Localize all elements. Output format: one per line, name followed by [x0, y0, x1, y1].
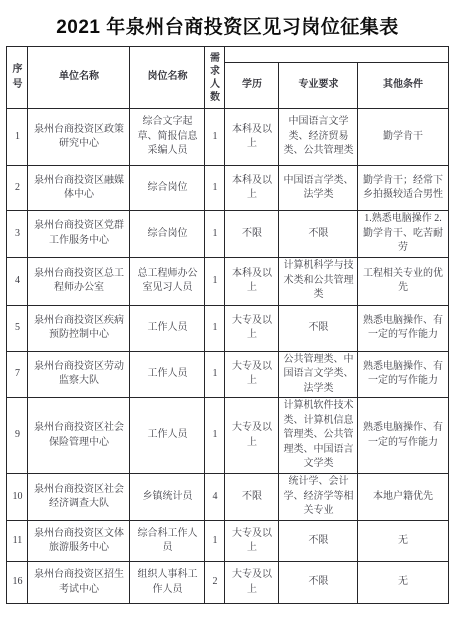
table-row: 11 泉州台商投资区文体旅游服务中心 综合科工作人员 1 大专及以上 不限 无 [7, 521, 448, 562]
cell-serial: 7 [7, 351, 28, 398]
cell-serial: 16 [7, 562, 28, 604]
cell-other: 熟悉电脑操作、有一定的写作能力 [358, 398, 448, 474]
cell-major: 计算机科学与技术类和公共管理类 [279, 257, 358, 305]
cell-education: 不限 [225, 211, 279, 258]
cell-serial: 5 [7, 305, 28, 351]
cell-unit: 泉州台商投资区社会经济调查大队 [28, 474, 130, 521]
cell-major: 中国语言文学类、经济贸易类、公共管理类 [279, 109, 358, 166]
cell-headcount: 1 [205, 351, 225, 398]
cell-education: 不限 [225, 474, 279, 521]
cell-position: 乡镇统计员 [130, 474, 205, 521]
header-position-name: 岗位名称 [130, 47, 205, 109]
cell-position: 综合文字起草、简报信息采编人员 [130, 109, 205, 166]
cell-position: 工作人员 [130, 398, 205, 474]
header-major-requirement: 专业要求 [279, 63, 358, 109]
header-unit-name: 单位名称 [28, 47, 130, 109]
cell-position: 工作人员 [130, 351, 205, 398]
cell-serial: 1 [7, 109, 28, 166]
cell-serial: 4 [7, 257, 28, 305]
cell-headcount: 1 [205, 398, 225, 474]
cell-education: 本科及以上 [225, 109, 279, 166]
cell-education: 大专及以上 [225, 521, 279, 562]
cell-major: 公共管理类、中国语言文学类、法学类 [279, 351, 358, 398]
page-title: 2021 年泉州台商投资区见习岗位征集表 [0, 12, 455, 39]
cell-headcount: 1 [205, 166, 225, 211]
cell-position: 综合科工作人员 [130, 521, 205, 562]
cell-position: 综合岗位 [130, 166, 205, 211]
cell-headcount: 4 [205, 474, 225, 521]
cell-serial: 9 [7, 398, 28, 474]
cell-other: 无 [358, 521, 448, 562]
table-row: 10 泉州台商投资区社会经济调查大队 乡镇统计员 4 不限 统计学、会计学、经济… [7, 474, 448, 521]
table-row: 16 泉州台商投资区招生考试中心 组织人事科工作人员 2 大专及以上 不限 无 [7, 562, 448, 604]
cell-education: 大专及以上 [225, 562, 279, 604]
cell-headcount: 1 [205, 305, 225, 351]
header-spacer-cell [225, 47, 448, 63]
document-page: 2021 年泉州台商投资区见习岗位征集表 序号 单位名称 岗位名称 需求人数 学… [0, 0, 455, 618]
cell-major: 中国语言学类、法学类 [279, 166, 358, 211]
cell-other: 勤学肯干 [358, 109, 448, 166]
cell-education: 大专及以上 [225, 351, 279, 398]
cell-serial: 11 [7, 521, 28, 562]
table-row: 4 泉州台商投资区总工程师办公室 总工程师办公室见习人员 1 本科及以上 计算机… [7, 257, 448, 305]
cell-other: 熟悉电脑操作、有一定的写作能力 [358, 305, 448, 351]
table-row: 5 泉州台商投资区疾病预防控制中心 工作人员 1 大专及以上 不限 熟悉电脑操作… [7, 305, 448, 351]
cell-headcount: 1 [205, 521, 225, 562]
cell-other: 工程相关专业的优先 [358, 257, 448, 305]
header-other-conditions: 其他条件 [358, 63, 448, 109]
header-education: 学历 [225, 63, 279, 109]
cell-major: 不限 [279, 521, 358, 562]
cell-education: 大专及以上 [225, 305, 279, 351]
cell-serial: 3 [7, 211, 28, 258]
cell-other: 本地户籍优先 [358, 474, 448, 521]
cell-headcount: 1 [205, 257, 225, 305]
cell-position: 工作人员 [130, 305, 205, 351]
cell-headcount: 1 [205, 109, 225, 166]
cell-headcount: 2 [205, 562, 225, 604]
cell-position: 总工程师办公室见习人员 [130, 257, 205, 305]
table-row: 9 泉州台商投资区社会保险管理中心 工作人员 1 大专及以上 计算机软件技术类、… [7, 398, 448, 474]
cell-unit: 泉州台商投资区疾病预防控制中心 [28, 305, 130, 351]
cell-unit: 泉州台商投资区融媒体中心 [28, 166, 130, 211]
cell-other: 无 [358, 562, 448, 604]
cell-unit: 泉州台商投资区招生考试中心 [28, 562, 130, 604]
cell-major: 不限 [279, 562, 358, 604]
cell-unit: 泉州台商投资区总工程师办公室 [28, 257, 130, 305]
cell-headcount: 1 [205, 211, 225, 258]
cell-unit: 泉州台商投资区政策研究中心 [28, 109, 130, 166]
header-row-top: 序号 单位名称 岗位名称 需求人数 [7, 47, 448, 63]
cell-major: 统计学、会计学、经济学等相关专业 [279, 474, 358, 521]
cell-other: 熟悉电脑操作、有一定的写作能力 [358, 351, 448, 398]
cell-position: 组织人事科工作人员 [130, 562, 205, 604]
header-headcount: 需求人数 [205, 47, 225, 109]
table-row: 1 泉州台商投资区政策研究中心 综合文字起草、简报信息采编人员 1 本科及以上 … [7, 109, 448, 166]
cell-other: 1.熟悉电脑操作 2.勤学肯干、吃苦耐劳 [358, 211, 448, 258]
cell-education: 大专及以上 [225, 398, 279, 474]
cell-unit: 泉州台商投资区劳动监察大队 [28, 351, 130, 398]
cell-unit: 泉州台商投资区党群工作服务中心 [28, 211, 130, 258]
table-row: 7 泉州台商投资区劳动监察大队 工作人员 1 大专及以上 公共管理类、中国语言文… [7, 351, 448, 398]
table-row: 2 泉州台商投资区融媒体中心 综合岗位 1 本科及以上 中国语言学类、法学类 勤… [7, 166, 448, 211]
cell-major: 计算机软件技术类、计算机信息管理类、公共管理类、中国语言文学类 [279, 398, 358, 474]
header-serial-number: 序号 [7, 47, 28, 109]
job-collection-table: 序号 单位名称 岗位名称 需求人数 学历 专业要求 其他条件 1 泉州台商投资区… [6, 46, 448, 604]
cell-serial: 10 [7, 474, 28, 521]
cell-major: 不限 [279, 305, 358, 351]
cell-unit: 泉州台商投资区文体旅游服务中心 [28, 521, 130, 562]
cell-unit: 泉州台商投资区社会保险管理中心 [28, 398, 130, 474]
cell-other: 勤学肯干；经常下乡拍摄较适合男性 [358, 166, 448, 211]
cell-education: 本科及以上 [225, 257, 279, 305]
cell-position: 综合岗位 [130, 211, 205, 258]
cell-serial: 2 [7, 166, 28, 211]
cell-education: 本科及以上 [225, 166, 279, 211]
table-row: 3 泉州台商投资区党群工作服务中心 综合岗位 1 不限 不限 1.熟悉电脑操作 … [7, 211, 448, 258]
cell-major: 不限 [279, 211, 358, 258]
